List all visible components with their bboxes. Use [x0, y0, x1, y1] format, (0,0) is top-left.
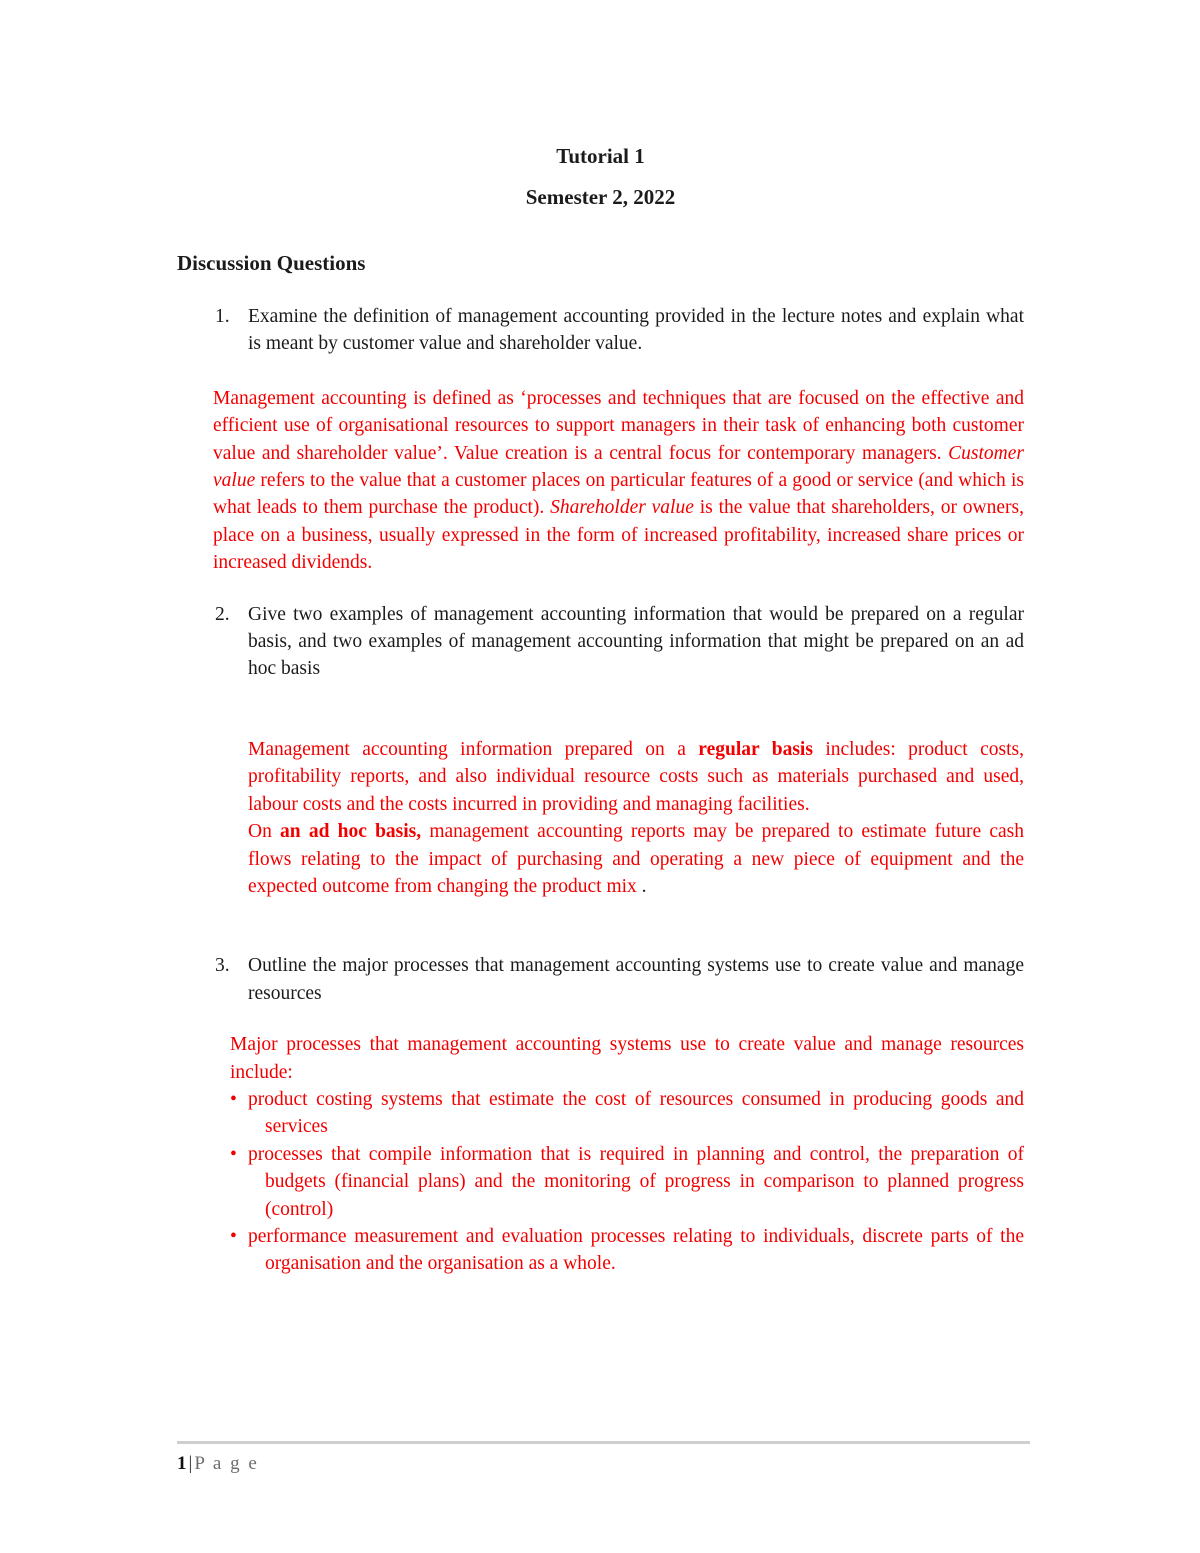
question-1: 1.Examine the definition of management a…	[177, 303, 1024, 358]
answer-1-run-1: Management accounting is defined as ‘pro…	[213, 388, 1024, 464]
answer-1: Management accounting is defined as ‘pro…	[213, 385, 1024, 577]
answer-2-term-ad-hoc-basis: an ad hoc basis,	[280, 821, 421, 842]
answer-2-term-regular-basis: regular basis	[698, 739, 813, 760]
document-subtitle: Semester 2, 2022	[177, 184, 1024, 210]
bullet-text: performance measurement and evaluation p…	[248, 1226, 1024, 1274]
bullet-item-performance-measurement: •performance measurement and evaluation …	[230, 1223, 1024, 1278]
question-1-text: Examine the definition of management acc…	[248, 306, 1024, 354]
bullet-icon: •	[230, 1086, 248, 1113]
page-footer: 1|P a g e	[177, 1441, 1030, 1475]
footer-page-label: P a g e	[194, 1453, 258, 1474]
question-3: 3.Outline the major processes that manag…	[177, 952, 1024, 1007]
bullet-icon: •	[230, 1141, 248, 1168]
answer-2-final-period: .	[637, 876, 647, 897]
answer-3-intro: Major processes that management accounti…	[230, 1031, 1024, 1086]
section-heading: Discussion Questions	[177, 250, 1024, 276]
question-2-text: Give two examples of management accounti…	[248, 604, 1024, 680]
question-3-number: 3.	[215, 952, 248, 979]
answer-2: Management accounting information prepar…	[248, 736, 1024, 900]
bullet-text: product costing systems that estimate th…	[248, 1089, 1024, 1137]
bullet-icon: •	[230, 1223, 248, 1250]
bullet-text: processes that compile information that …	[248, 1144, 1024, 1220]
document-page: Tutorial 1 Semester 2, 2022 Discussion Q…	[0, 0, 1200, 1553]
bullet-item-product-costing: •product costing systems that estimate t…	[230, 1086, 1024, 1141]
answer-1-term-shareholder-value: Shareholder value	[550, 497, 694, 518]
question-3-text: Outline the major processes that managem…	[248, 955, 1024, 1003]
page-number: 1	[177, 1453, 187, 1474]
question-1-number: 1.	[215, 303, 248, 330]
bullet-item-planning-control: •processes that compile information that…	[230, 1141, 1024, 1223]
answer-2-p2-run-1: On	[248, 821, 280, 842]
document-title: Tutorial 1	[177, 143, 1024, 169]
answer-2-p1-run-1: Management accounting information prepar…	[248, 739, 698, 760]
answer-2-paragraph-regular: Management accounting information prepar…	[248, 736, 1024, 818]
answer-3-bullet-list: •product costing systems that estimate t…	[230, 1086, 1024, 1278]
question-2-number: 2.	[215, 601, 248, 628]
question-2: 2.Give two examples of management accoun…	[177, 601, 1024, 683]
answer-2-paragraph-adhoc: On an ad hoc basis, management accountin…	[248, 818, 1024, 900]
